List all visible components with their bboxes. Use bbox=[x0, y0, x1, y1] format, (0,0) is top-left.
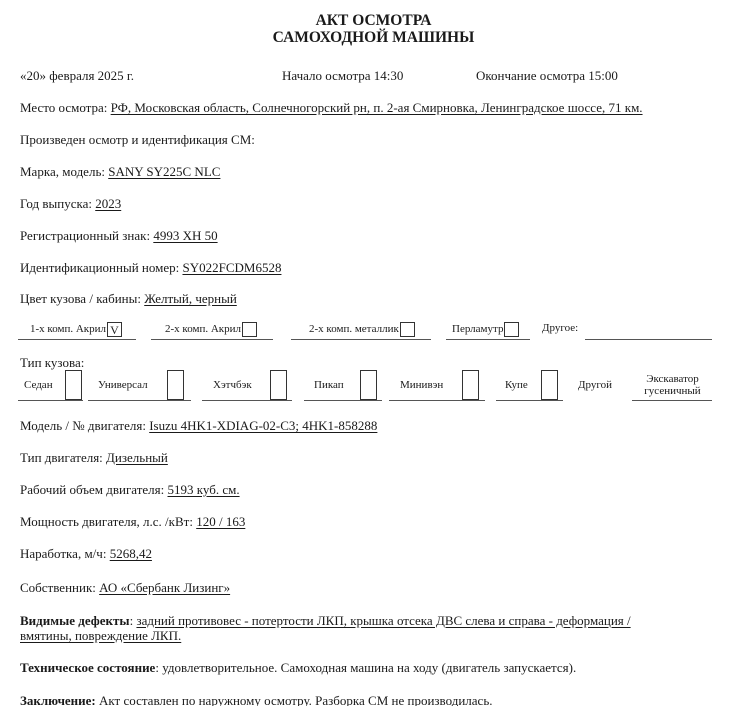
paint-other-input[interactable] bbox=[585, 339, 712, 340]
body-checkbox-sedan[interactable] bbox=[65, 370, 82, 400]
paint-option-label: Перламутр bbox=[452, 323, 503, 335]
body-checkbox-minivan[interactable] bbox=[462, 370, 479, 400]
engine-type-field: Тип двигателя: Дизельный bbox=[20, 450, 168, 466]
document-title-line1: АКТ ОСМОТРА bbox=[0, 12, 747, 29]
body-type-other-value: Экскаватор гусеничный bbox=[630, 373, 715, 397]
paint-option-label: 2-х комп. Акрил bbox=[165, 323, 241, 335]
paint-checkbox-2[interactable] bbox=[242, 322, 257, 337]
conclusion-field: Заключение: Акт составлен по наружному о… bbox=[20, 693, 493, 706]
defects-field-cont: вмятины, повреждение ЛКП. bbox=[20, 628, 181, 644]
year-value: 2023 bbox=[95, 196, 121, 211]
year-field: Год выпуска: 2023 bbox=[20, 196, 121, 212]
defects-value: задний противовес - потертости ЛКП, крыш… bbox=[136, 613, 630, 628]
paint-checkbox-3[interactable] bbox=[400, 322, 415, 337]
document-title-line2: САМОХОДНОЙ МАШИНЫ bbox=[0, 29, 747, 46]
color-field: Цвет кузова / кабины: Желтый, черный bbox=[20, 291, 237, 307]
engine-model-value: Isuzu 4HK1-XDIAG-02-C3; 4HK1-858288 bbox=[149, 418, 377, 433]
engine-type-value: Дизельный bbox=[106, 450, 168, 465]
paint-option-1[interactable]: 1-х комп. АкрилV bbox=[30, 322, 122, 337]
paint-option-3[interactable]: 2-х комп. металлик bbox=[309, 322, 415, 337]
color-label: Цвет кузова / кабины: bbox=[20, 291, 144, 306]
inspection-end: Окончание осмотра 15:00 bbox=[476, 68, 618, 84]
conclusion-label: Заключение: bbox=[20, 693, 96, 706]
hours-value: 5268,42 bbox=[110, 546, 152, 561]
owner-field: Собственник: АО «Сбербанк Лизинг» bbox=[20, 580, 230, 596]
body-type-label-text: Пикап bbox=[314, 379, 344, 391]
conclusion-value: Акт составлен по наружному осмотру. Разб… bbox=[96, 693, 493, 706]
body-checkbox-wagon[interactable] bbox=[167, 370, 184, 400]
inspection-intro: Произведен осмотр и идентификация СМ: bbox=[20, 132, 255, 148]
body-checkbox-coupe[interactable] bbox=[541, 370, 558, 400]
condition-field: Техническое состояние: удовлетворительно… bbox=[20, 660, 576, 676]
body-type-label-text: Хэтчбэк bbox=[213, 379, 252, 391]
reg-sign-label: Регистрационный знак: bbox=[20, 228, 153, 243]
power-field: Мощность двигателя, л.с. /кВт: 120 / 163 bbox=[20, 514, 245, 530]
body-type-label-text: Купе bbox=[505, 379, 528, 391]
make-model-value: SANY SY225C NLC bbox=[108, 164, 220, 179]
paint-option-label: 2-х комп. металлик bbox=[309, 323, 399, 335]
condition-label: Техническое состояние bbox=[20, 660, 155, 675]
body-type-label-text: Универсал bbox=[98, 379, 148, 391]
paint-option-label: 1-х комп. Акрил bbox=[30, 323, 106, 335]
paint-option-2[interactable]: 2-х комп. Акрил bbox=[165, 322, 257, 337]
body-type-label: Тип кузова: bbox=[20, 355, 84, 371]
body-type-label-text: Минивэн bbox=[400, 379, 443, 391]
defects-label: Видимые дефекты bbox=[20, 613, 130, 628]
body-checkbox-pickup[interactable] bbox=[360, 370, 377, 400]
paint-option-4[interactable]: Перламутр bbox=[452, 322, 519, 337]
reg-sign-value: 4993 ХН 50 bbox=[153, 228, 217, 243]
location-value: РФ, Московская область, Солнечногорский … bbox=[111, 100, 643, 115]
paint-checkbox-1[interactable]: V bbox=[107, 322, 122, 337]
make-model-field: Марка, модель: SANY SY225C NLC bbox=[20, 164, 220, 180]
body-checkbox-hatchback[interactable] bbox=[270, 370, 287, 400]
displacement-field: Рабочий объем двигателя: 5193 куб. см. bbox=[20, 482, 240, 498]
power-value: 120 / 163 bbox=[196, 514, 245, 529]
color-value: Желтый, черный bbox=[144, 291, 237, 306]
paint-other-label: Другое: bbox=[542, 322, 578, 334]
vin-label: Идентификационный номер: bbox=[20, 260, 182, 275]
hours-field: Наработка, м/ч: 5268,42 bbox=[20, 546, 152, 562]
owner-value: АО «Сбербанк Лизинг» bbox=[99, 580, 230, 595]
body-type-label-text: Седан bbox=[24, 379, 53, 391]
engine-model-field: Модель / № двигателя: Isuzu 4HK1-XDIAG-0… bbox=[20, 418, 377, 434]
year-label: Год выпуска: bbox=[20, 196, 95, 211]
vin-field: Идентификационный номер: SY022FCDM6528 bbox=[20, 260, 281, 276]
vin-value: SY022FCDM6528 bbox=[182, 260, 281, 275]
inspection-date: «20» февраля 2025 г. bbox=[20, 68, 134, 84]
displacement-value: 5193 куб. см. bbox=[168, 482, 240, 497]
make-model-label: Марка, модель: bbox=[20, 164, 108, 179]
paint-checkbox-4[interactable] bbox=[504, 322, 519, 337]
defects-field: Видимые дефекты: задний противовес - пот… bbox=[20, 613, 631, 629]
reg-sign-field: Регистрационный знак: 4993 ХН 50 bbox=[20, 228, 218, 244]
inspection-start: Начало осмотра 14:30 bbox=[282, 68, 403, 84]
condition-value: : удовлетворительное. Самоходная машина … bbox=[155, 660, 576, 675]
location-label: Место осмотра: bbox=[20, 100, 111, 115]
location-field: Место осмотра: РФ, Московская область, С… bbox=[20, 100, 643, 116]
